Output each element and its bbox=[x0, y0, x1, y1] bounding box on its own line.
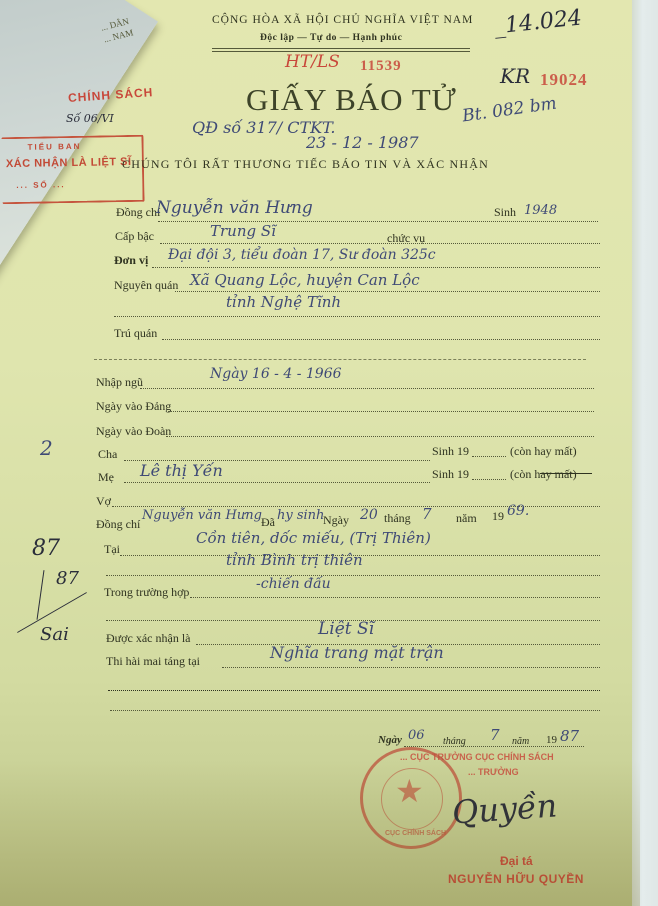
dotted-line bbox=[222, 667, 600, 668]
background-surface bbox=[632, 0, 658, 906]
value-enlistment-date: Ngày 16 - 4 - 1966 bbox=[210, 366, 342, 382]
header-rule bbox=[212, 48, 470, 52]
dotted-line bbox=[175, 291, 600, 292]
year-prefix: 19 bbox=[492, 509, 504, 524]
value-death-status: hy sinh bbox=[277, 508, 324, 523]
value-hometown-line2: tỉnh Nghệ Tĩnh bbox=[226, 293, 341, 311]
dotted-line bbox=[106, 575, 600, 576]
value-burial-place: Nghĩa trang mặt trận bbox=[270, 643, 444, 662]
me-status-text: (còn hay mất) bbox=[510, 467, 577, 481]
value-death-name: Nguyễn văn Hưng bbox=[142, 508, 262, 523]
signature: Quyền bbox=[451, 786, 559, 831]
republic-header: CỘNG HÒA XÃ HỘI CHỦ NGHĨA VIỆT NAM bbox=[212, 14, 473, 26]
subtitle: CHÚNG TÔI RẤT THƯƠNG TIẾC BÁO TIN VÀ XÁC… bbox=[122, 157, 489, 172]
kr-number-stamp: 19024 bbox=[540, 70, 588, 90]
label-cha-sinh: Sinh 19 bbox=[432, 444, 469, 459]
me-status: (còn hay mất) bbox=[510, 467, 577, 482]
value-name: Nguyễn văn Hưng bbox=[156, 198, 313, 218]
label-sinh: Sinh bbox=[494, 205, 516, 220]
label-duoc-xac-nhan-la: Được xác nhận là bbox=[106, 631, 190, 646]
stamp-line-2: XÁC NHẬN LÀ LIỆT SĨ bbox=[6, 156, 132, 170]
signer-name: NGUYỄN HỮU QUYỀN bbox=[448, 872, 584, 886]
stamp-line-3: ... SỐ ... bbox=[16, 180, 65, 190]
value-confirmed-as: Liệt Sĩ bbox=[318, 619, 374, 639]
margin-note-2: 2 bbox=[40, 436, 53, 460]
label-nguyen-quan: Nguyên quán bbox=[114, 278, 178, 293]
value-death-place: Cồn tiên, dốc miếu, (Trị Thiên) bbox=[196, 529, 431, 547]
dotted-line bbox=[404, 746, 584, 747]
signer-rank: Đại tá bbox=[500, 854, 533, 868]
value-birth-year: 1948 bbox=[524, 203, 557, 218]
label-thi-hai: Thi hài mai táng tại bbox=[106, 654, 200, 669]
value-hometown: Xã Quang Lộc, huyện Can Lộc bbox=[190, 271, 420, 289]
label-ngay-vao-doan: Ngày vào Đoàn bbox=[96, 424, 171, 439]
dotted-line bbox=[124, 482, 430, 483]
label-me-sinh: Sinh 19 bbox=[432, 467, 469, 482]
label-nhap-ngu: Nhập ngũ bbox=[96, 375, 143, 390]
dotted-line bbox=[160, 243, 600, 244]
value-sign-year: 87 bbox=[560, 727, 579, 745]
stamp-office-line2: ... TRƯỞNG bbox=[468, 767, 519, 777]
value-mother: Lê thị Yến bbox=[140, 461, 223, 480]
value-circumstance: -chiến đấu bbox=[256, 576, 331, 592]
dotted-line bbox=[472, 479, 506, 480]
value-death-year: 69. bbox=[507, 503, 529, 519]
label-nam: năm bbox=[456, 511, 477, 526]
margin-note-87-top: 87 bbox=[32, 536, 60, 561]
label-da: Đã bbox=[261, 515, 275, 530]
official-seal: ★ CỤC CHÍNH SÁCH bbox=[360, 747, 462, 849]
value-sign-day: 06 bbox=[408, 728, 425, 743]
registration-prefix: HT/LS bbox=[285, 52, 340, 72]
dotted-line bbox=[166, 436, 594, 437]
label-me: Mẹ bbox=[98, 470, 114, 485]
value-death-month: 7 bbox=[422, 505, 432, 523]
strikethrough-mat bbox=[540, 473, 592, 474]
label-ngay: Ngày bbox=[323, 513, 349, 528]
so-number: Số 06/VI bbox=[66, 112, 114, 125]
margin-note-sai: Sai bbox=[40, 624, 69, 645]
label-trong-truong-hop: Trong trường hợp bbox=[104, 585, 189, 600]
dotted-line bbox=[108, 690, 600, 691]
label-ngay-vao-dang: Ngày vào Đảng bbox=[96, 399, 171, 414]
dotted-line bbox=[140, 388, 594, 389]
dotted-line bbox=[168, 411, 594, 412]
decision-date: 23 - 12 - 1987 bbox=[306, 133, 419, 152]
value-unit: Đại đội 3, tiểu đoàn 17, Sư đoàn 325c bbox=[168, 247, 436, 263]
label-vo: Vợ bbox=[96, 494, 111, 509]
dotted-line bbox=[190, 597, 600, 598]
document-title: GIẤY BÁO TỬ bbox=[246, 82, 457, 118]
star-icon: ★ bbox=[395, 772, 424, 810]
label-tai: Tại bbox=[104, 542, 120, 557]
label-death-dong-chi: Đồng chí bbox=[96, 517, 140, 532]
value-death-place-line2: tỉnh Bình trị thiên bbox=[226, 551, 363, 569]
dotted-line bbox=[114, 316, 600, 317]
dotted-line bbox=[152, 267, 600, 268]
motto: Độc lập — Tự do — Hạnh phúc bbox=[260, 33, 402, 43]
dotted-line bbox=[162, 339, 600, 340]
separator-line bbox=[94, 359, 586, 360]
sign-year-prefix: 19 bbox=[546, 734, 557, 746]
label-cap-bac: Cấp bậc bbox=[115, 229, 154, 244]
dotted-line bbox=[472, 456, 506, 457]
label-thang: tháng bbox=[384, 511, 411, 526]
label-dong-chi: Đồng chí bbox=[116, 205, 160, 220]
label-sign-ngay: Ngày bbox=[378, 734, 402, 746]
registration-number-stamp: 11539 bbox=[360, 58, 402, 75]
value-sign-month: 7 bbox=[490, 726, 500, 744]
label-don-vi: Đơn vị bbox=[114, 253, 148, 268]
label-cha: Cha bbox=[98, 447, 117, 462]
dotted-line bbox=[110, 710, 600, 711]
cha-status: (còn hay mất) bbox=[510, 444, 577, 459]
kr-note: KR bbox=[500, 64, 530, 88]
margin-note-87-mid: 87 bbox=[56, 568, 79, 589]
value-rank: Trung Sĩ bbox=[210, 222, 276, 240]
value-death-day: 20 bbox=[360, 507, 378, 523]
seal-text: CỤC CHÍNH SÁCH bbox=[385, 830, 446, 837]
label-tru-quan: Trú quán bbox=[114, 326, 157, 341]
stamp-line-1: TIỂU BAN bbox=[28, 142, 82, 152]
